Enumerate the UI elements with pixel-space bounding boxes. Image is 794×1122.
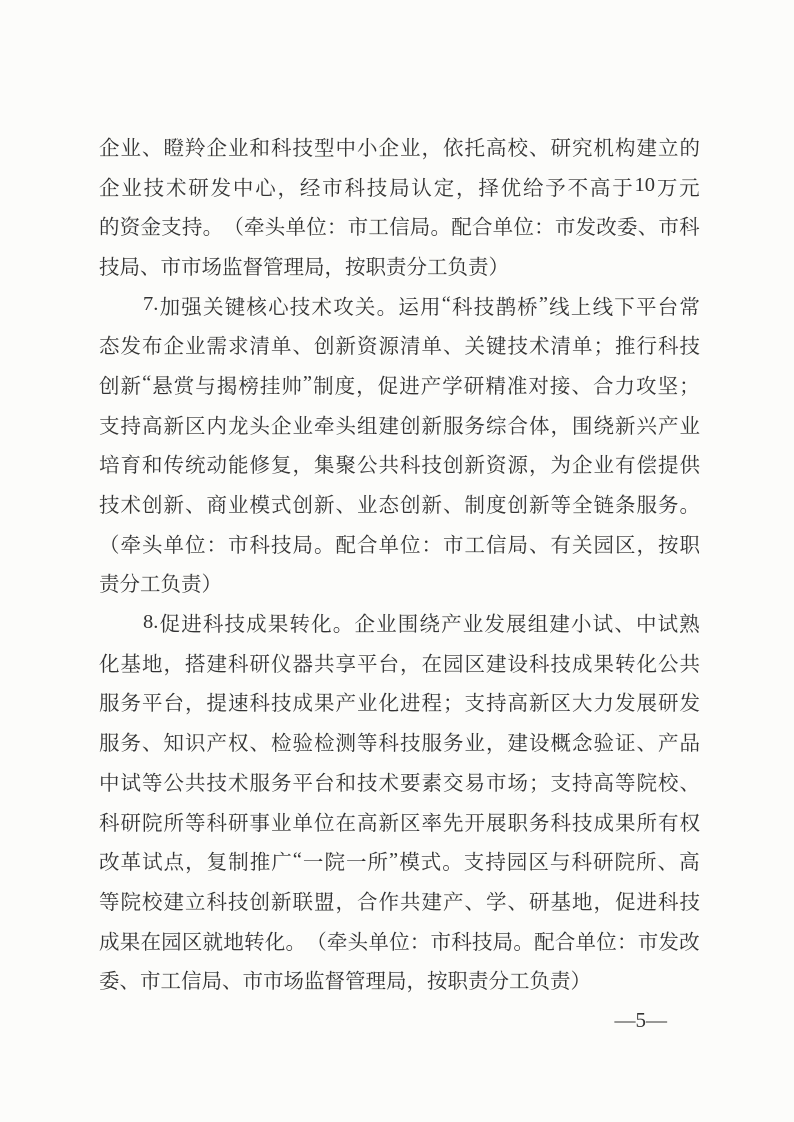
text-line: 7.加强关键核心技术攻关。运用“科技鹊桥”线上线下平台常	[99, 285, 700, 325]
text-line: 8.促进科技成果转化。企业围绕产业发展组建小试、中试熟	[99, 602, 700, 642]
text-line: 改革试点，复制推广“一院一所”模式。支持园区与科研院所、高	[99, 840, 700, 880]
document-page: 企业、瞪羚企业和科技型中小企业，依托高校、研究机构建立的企业技术研发中心，经市科…	[0, 0, 794, 1122]
text-line: 科研院所等科研事业单位在高新区率先开展职务科技成果所有权	[99, 801, 700, 841]
text-line: 服务平台，提速科技成果产业化进程；支持高新区大力发展研发	[99, 682, 700, 722]
text-line: （牵头单位：市科技局。配合单位：市工信局、有关园区，按职	[99, 523, 700, 563]
text-line: 技局、市市场监督管理局，按职责分工负责）	[99, 245, 700, 285]
text-line: 中试等公共技术服务平台和技术要素交易市场；支持高等院校、	[99, 761, 700, 801]
text-line: 责分工负责）	[99, 563, 700, 603]
text-line: 委、市工信局、市市场监督管理局，按职责分工负责）	[99, 959, 700, 999]
text-line: 支持高新区内龙头企业牵头组建创新服务综合体，围绕新兴产业	[99, 404, 700, 444]
text-line: 企业、瞪羚企业和科技型中小企业，依托高校、研究机构建立的	[99, 126, 700, 166]
text-line: 服务、知识产权、检验检测等科技服务业，建设概念验证、产品	[99, 721, 700, 761]
text-line: 的资金支持。（牵头单位：市工信局。配合单位：市发改委、市科	[99, 205, 700, 245]
text-line: 成果在园区就地转化。（牵头单位：市科技局。配合单位：市发改	[99, 920, 700, 960]
text-line: 企业技术研发中心，经市科技局认定，择优给予不高于10万元	[99, 166, 700, 206]
text-line: 等院校建立科技创新联盟，合作共建产、学、研基地，促进科技	[99, 880, 700, 920]
text-line: 培育和传统动能修复，集聚公共科技创新资源，为企业有偿提供	[99, 444, 700, 484]
text-line: 态发布企业需求清单、创新资源清单、关键技术清单；推行科技	[99, 324, 700, 364]
text-line: 创新“悬赏与揭榜挂帅”制度，促进产学研精准对接、合力攻坚；	[99, 364, 700, 404]
page-number: —5—	[615, 1002, 668, 1038]
text-block: 企业、瞪羚企业和科技型中小企业，依托高校、研究机构建立的企业技术研发中心，经市科…	[99, 126, 700, 999]
text-line: 技术创新、商业模式创新、业态创新、制度创新等全链条服务。	[99, 483, 700, 523]
text-line: 化基地，搭建科研仪器共享平台，在园区建设科技成果转化公共	[99, 642, 700, 682]
